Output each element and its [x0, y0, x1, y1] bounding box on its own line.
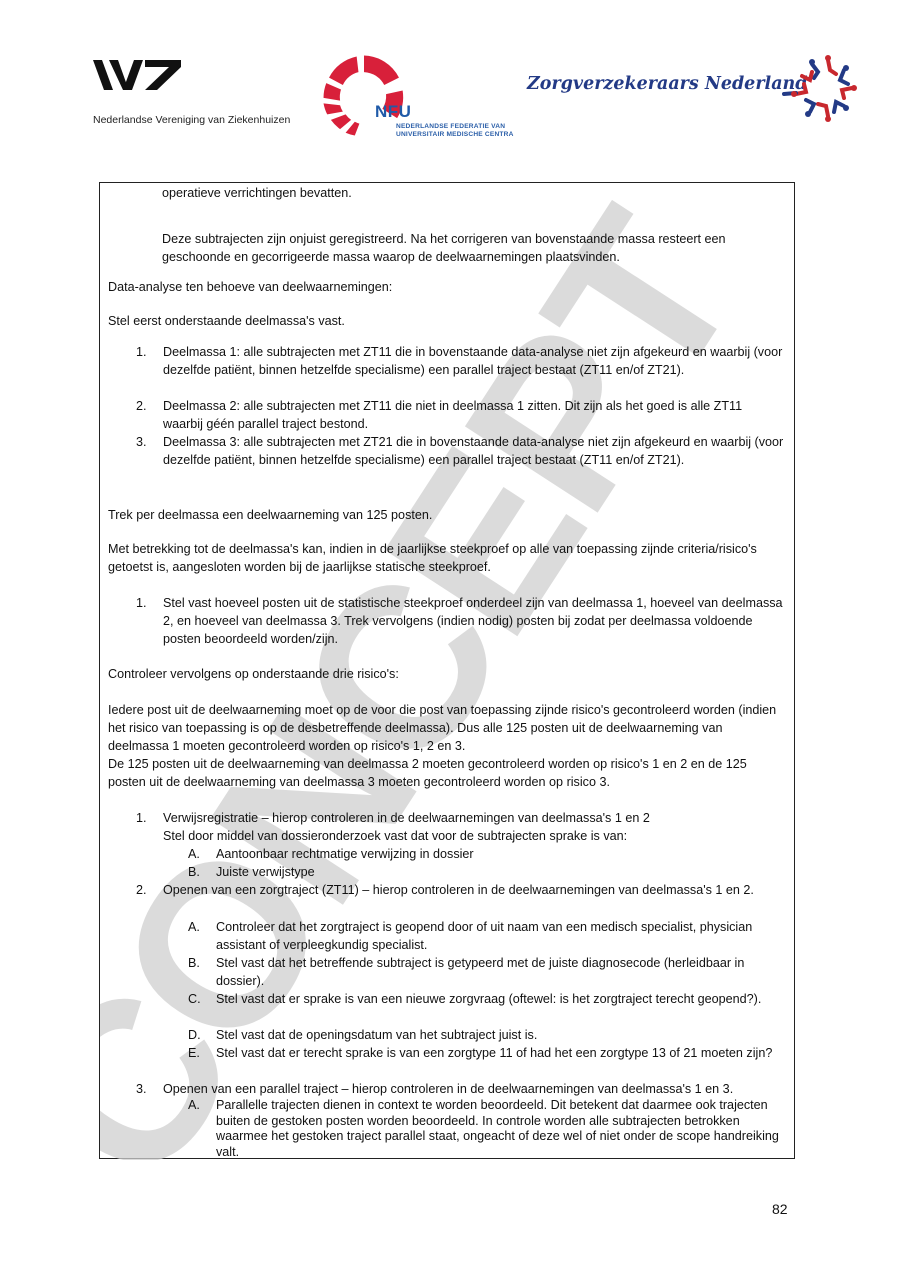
controleer-heading: Controleer vervolgens op onderstaande dr… — [108, 665, 784, 683]
intro-continuation: operatieve verrichtingen bevatten. — [162, 184, 784, 202]
sub-text: Stel vast dat er sprake is van een nieuw… — [216, 990, 784, 1008]
risk-title: Verwijsregistratie – hierop controleren … — [163, 809, 784, 827]
sub-letter: A. — [188, 845, 212, 863]
trek-paragraph: Trek per deelmassa een deelwaarneming va… — [108, 506, 784, 524]
sub-letter: A. — [188, 1098, 212, 1114]
risk-title: Openen van een parallel traject – hierop… — [163, 1080, 784, 1098]
deelmassa-item: 3. Deelmassa 3: alle subtrajecten met ZT… — [136, 433, 784, 469]
sub-text: Stel vast dat het betreffende subtraject… — [216, 954, 784, 990]
sub-letter: B. — [188, 954, 212, 972]
sub-letter: A. — [188, 918, 212, 936]
zorgverzekeraars-wordmark: Zorgverzekeraars Nederland — [527, 74, 808, 94]
risk-subitem: A. Controleer dat het zorgtraject is geo… — [188, 918, 784, 954]
steekproef-item: 1. Stel vast hoeveel posten uit de stati… — [136, 594, 784, 648]
risk-subitem: B. Juiste verwijstype — [188, 863, 784, 881]
list-number: 2. — [136, 881, 160, 899]
list-number: 3. — [136, 1080, 160, 1098]
nvz-subtitle: Nederlandse Vereniging van Ziekenhuizen — [93, 114, 313, 126]
nvz-logo: Nederlandse Vereniging van Ziekenhuizen — [93, 58, 313, 126]
risk-item-verwijsregistratie: 1. Verwijsregistratie – hierop controler… — [136, 809, 784, 845]
content-box: CONCEPT operatieve verrichtingen bevatte… — [99, 182, 795, 1159]
deelmassa-item: 1. Deelmassa 1: alle subtrajecten met ZT… — [136, 343, 784, 379]
sub-letter: E. — [188, 1044, 212, 1062]
risk-item-parallel-traject: 3. Openen van een parallel traject – hie… — [136, 1080, 784, 1098]
risk-subitem: C. Stel vast dat er sprake is van een ni… — [188, 990, 784, 1008]
de125-paragraph: De 125 posten uit de deelwaarneming van … — [108, 755, 784, 791]
nvz-logo-mark — [93, 58, 183, 92]
sub-text: Stel vast dat er terecht sprake is van e… — [216, 1044, 784, 1062]
risk-subitem: B. Stel vast dat het betreffende subtraj… — [188, 954, 784, 990]
sub-text: Stel vast dat de openingsdatum van het s… — [216, 1026, 784, 1044]
page-number: 82 — [772, 1201, 788, 1217]
sub-letter: D. — [188, 1026, 212, 1044]
nfu-logo: NFU NEDERLANDSE FEDERATIE VAN UNIVERSITA… — [318, 50, 528, 140]
sub-text: Controleer dat het zorgtraject is geopen… — [216, 918, 784, 954]
list-text: Stel vast hoeveel posten uit de statisti… — [163, 594, 784, 648]
sub-text: Juiste verwijstype — [216, 863, 784, 881]
list-text: Deelmassa 1: alle subtrajecten met ZT11 … — [163, 343, 784, 379]
sub-letter: C. — [188, 990, 212, 1008]
sub-text: Aantoonbaar rechtmatige verwijzing in do… — [216, 845, 784, 863]
dancing-figures-icon — [782, 54, 864, 126]
list-text: Deelmassa 2: alle subtrajecten met ZT11 … — [163, 397, 784, 433]
risk-subitem: A. Parallelle trajecten dienen in contex… — [188, 1098, 784, 1160]
nfu-tagline-1: NEDERLANDSE FEDERATIE VAN — [396, 123, 505, 130]
intro-paragraph: Deze subtrajecten zijn onjuist geregistr… — [162, 230, 784, 266]
iedere-paragraph: Iedere post uit de deelwaarneming moet o… — [108, 701, 784, 755]
list-number: 3. — [136, 433, 160, 451]
list-text: Deelmassa 3: alle subtrajecten met ZT21 … — [163, 433, 784, 469]
list-number: 1. — [136, 809, 160, 827]
sub-text: Parallelle trajecten dienen in context t… — [216, 1098, 784, 1160]
risk-item-zorgtraject: 2. Openen van een zorgtraject (ZT11) – h… — [136, 881, 784, 899]
nfu-tagline-2: UNIVERSITAIR MEDISCHE CENTRA — [396, 131, 514, 138]
nfu-abbreviation: NFU — [375, 102, 411, 122]
deelmassa-item: 2. Deelmassa 2: alle subtrajecten met ZT… — [136, 397, 784, 433]
risk-title: Openen van een zorgtraject (ZT11) – hier… — [163, 881, 784, 899]
risk-intro: Stel door middel van dossieronderzoek va… — [163, 827, 784, 845]
risk-subitem: D. Stel vast dat de openingsdatum van he… — [188, 1026, 784, 1044]
data-analysis-heading: Data-analyse ten behoeve van deelwaarnem… — [108, 278, 784, 296]
betrekking-paragraph: Met betrekking tot de deelmassa's kan, i… — [108, 540, 784, 576]
list-number: 1. — [136, 343, 160, 361]
zorgverzekeraars-logo: Zorgverzekeraars Nederland — [527, 60, 872, 130]
list-number: 2. — [136, 397, 160, 415]
risk-subitem: E. Stel vast dat er terecht sprake is va… — [188, 1044, 784, 1062]
risk-subitem: A. Aantoonbaar rechtmatige verwijzing in… — [188, 845, 784, 863]
deelmassa-intro: Stel eerst onderstaande deelmassa's vast… — [108, 312, 784, 330]
list-number: 1. — [136, 594, 160, 612]
sub-letter: B. — [188, 863, 212, 881]
